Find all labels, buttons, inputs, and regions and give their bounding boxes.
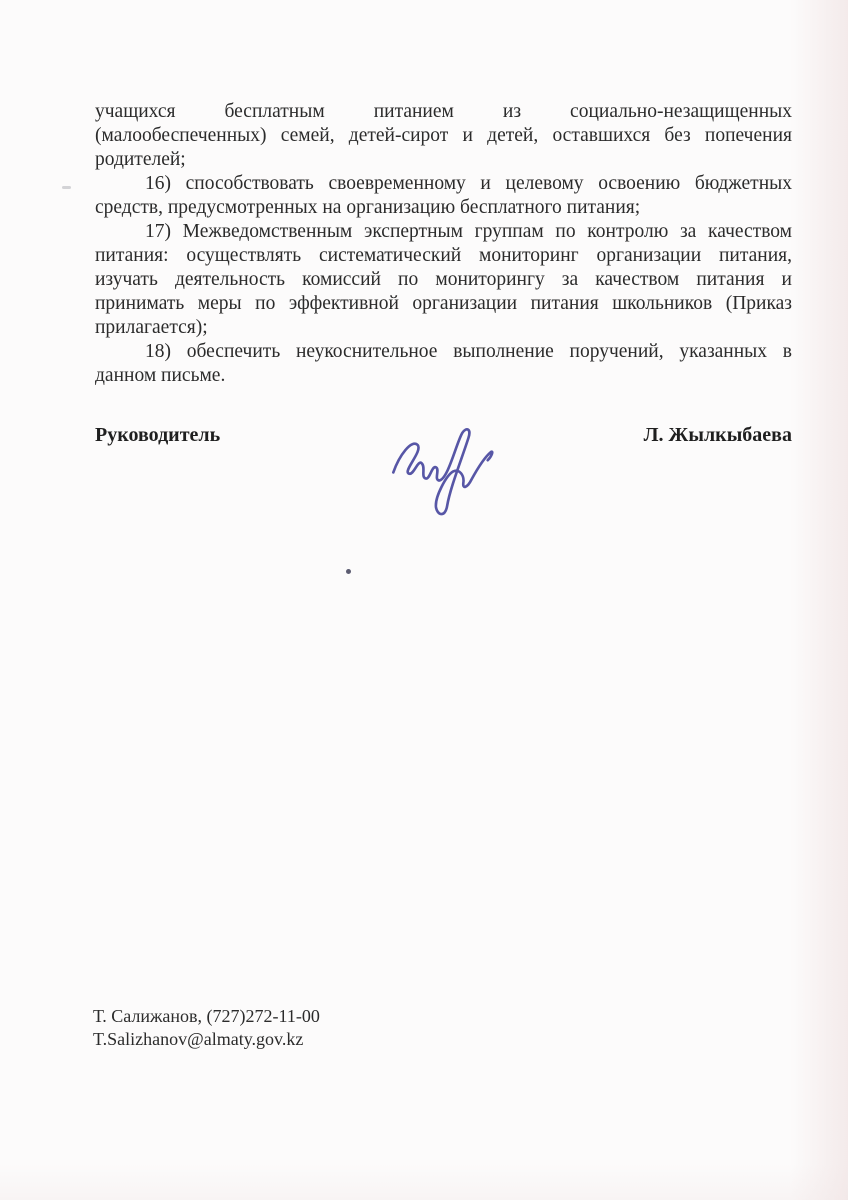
page: { "document": { "paragraphs": [ { "lines…: [0, 0, 848, 1200]
paragraph: учащихся бесплатным питанием из социальн…: [95, 100, 792, 172]
signature-ink: [373, 424, 505, 532]
text-line: 17) Межведомственным экспертным группам …: [95, 220, 792, 244]
bottom-edge-shade: [0, 1164, 848, 1200]
paragraph: 17) Межведомственным экспертным группам …: [95, 220, 792, 340]
text-line: питания: осуществлять систематический мо…: [95, 244, 792, 268]
letter-body: учащихся бесплатным питанием из социальн…: [95, 100, 792, 388]
text-line: 18) обеспечить неукоснительное выполнени…: [95, 340, 792, 364]
contact-email-line: T.Salizhanov@almaty.gov.kz: [93, 1028, 320, 1051]
text-line: прилагается);: [95, 316, 792, 340]
text-line: (малообеспеченных) семей, детей-сирот и …: [95, 124, 792, 148]
paragraph: 18) обеспечить неукоснительное выполнени…: [95, 340, 792, 388]
right-edge-shadow: [790, 0, 848, 1200]
signature-stroke: [393, 429, 492, 514]
footer-contact: Т. Салижанов, (727)272-11-00 T.Salizhano…: [93, 1005, 320, 1051]
ink-speck: [346, 569, 351, 574]
text-line: 16) способствовать своевременному и целе…: [95, 172, 792, 196]
text-line: принимать меры по эффективной организаци…: [95, 292, 792, 316]
paragraph: 16) способствовать своевременному и целе…: [95, 172, 792, 220]
text-line: данном письме.: [95, 364, 792, 388]
text-line: средств, предусмотренных на организацию …: [95, 196, 792, 220]
signoff-name: Л. Жылкыбаева: [644, 424, 792, 447]
contact-phone-line: Т. Салижанов, (727)272-11-00: [93, 1005, 320, 1028]
scan-dash: [62, 186, 71, 189]
signoff-title: Руководитель: [95, 424, 220, 447]
text-line: учащихся бесплатным питанием из социальн…: [95, 100, 792, 124]
text-line: родителей;: [95, 148, 792, 172]
text-line: изучать деятельность комиссий по монитор…: [95, 268, 792, 292]
